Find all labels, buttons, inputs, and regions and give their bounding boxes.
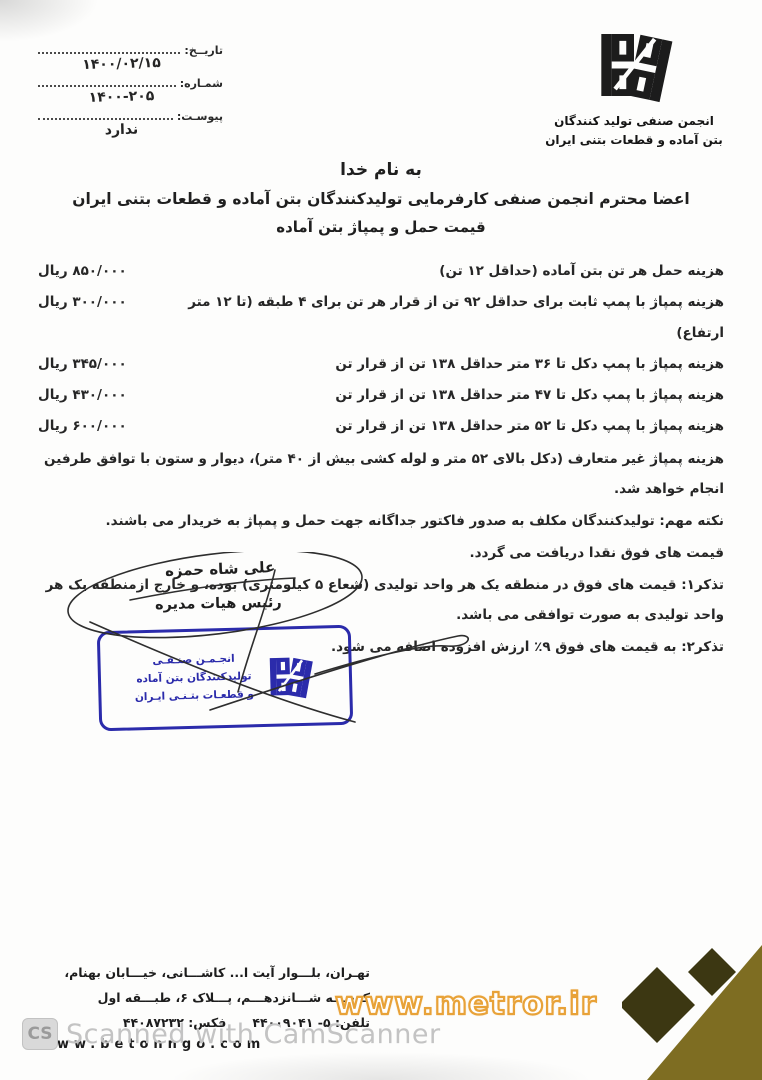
bismillah: به نام خدا: [0, 160, 762, 180]
address-line1: تهـران، بلـــوار آیت ا... کاشـــانی، خیـ…: [40, 960, 370, 985]
attachment-value: ندارد: [38, 120, 205, 140]
subject-line: قیمت حمل و پمپاژ بتن آماده: [0, 218, 762, 236]
association-stamp: انجـمـن صنـفـی تولیدکنندگان بتن آماده و …: [97, 625, 354, 732]
addressee-line: اعضا محترم انجمن صنفی کارفرمایی تولیدکنن…: [0, 190, 762, 208]
price-row: هزینه پمپاژ با پمپ ثابت برای حداقل ۹۲ تن…: [38, 287, 724, 349]
price-value: ۳۴۵/۰۰۰ ریال: [38, 349, 158, 380]
price-row: هزینه پمپاژ با پمپ دکل تا ۵۲ متر حداقل ۱…: [38, 411, 724, 442]
price-description: هزینه حمل هر تن بتن آماده (حداقل ۱۲ تن): [158, 256, 724, 287]
signatory-name: علی شاه حمزه: [165, 558, 276, 580]
metror-watermark: www.metror.ir: [335, 986, 597, 1022]
price-description: هزینه پمپاژ با پمپ دکل تا ۵۲ متر حداقل ۱…: [158, 411, 724, 442]
field-date: تاریــخ: ۱۴۰۰/۰۲/۱۵: [38, 42, 223, 72]
note-important-label: نکته مهم:: [659, 513, 724, 529]
price-description: هزینه پمپاژ با پمپ دکل تا ۴۷ متر حداقل ۱…: [158, 380, 724, 411]
stamp-text: انجـمـن صنـفـی تولیدکنندگان بتن آماده و …: [134, 650, 255, 707]
stamp-logo-icon: [263, 650, 316, 703]
camscanner-watermark: CS Scanned with CamScanner: [22, 1018, 441, 1050]
price-row: هزینه پمپاژ با پمپ دکل تا ۴۷ متر حداقل ۱…: [38, 380, 724, 411]
signatory-title: رئیس هیات مدیره: [155, 595, 282, 613]
price-row: هزینه پمپاژ با پمپ دکل تا ۳۶ متر حداقل ۱…: [38, 349, 724, 380]
price-value: ۳۰۰/۰۰۰ ریال: [38, 287, 158, 318]
org-name-line2: بتن آماده و قطعات بتنی ایران: [534, 131, 734, 150]
camscanner-badge-icon: CS: [22, 1018, 58, 1050]
stamp-line3: و قطعـات بتـنـی ایـران: [135, 686, 255, 707]
dotted-leader: [38, 42, 180, 54]
remark1-label: تذکر۱:: [681, 577, 724, 593]
org-name-line1: انجمن صنفی تولید کنندگان: [534, 112, 734, 131]
price-row: هزینه حمل هر تن بتن آماده (حداقل ۱۲ تن) …: [38, 256, 724, 287]
camscanner-text: Scanned with CamScanner: [66, 1019, 441, 1050]
note-unusual-pumping: هزینه پمپاژ غیر متعارف (دکل بالای ۵۲ متر…: [38, 444, 724, 504]
remark2-label: تذکر۲:: [681, 639, 724, 655]
price-value: ۸۵۰/۰۰۰ ریال: [38, 256, 158, 287]
signature-block: علی شاه حمزه رئیس هیات مدیره انجـمـن ص: [60, 552, 500, 752]
letterhead-fields: تاریــخ: ۱۴۰۰/۰۲/۱۵ شمـاره: ۱۴۰۰-۲۰۵ پیو…: [38, 42, 223, 141]
price-description: هزینه پمپاژ با پمپ ثابت برای حداقل ۹۲ تن…: [158, 287, 724, 349]
price-description: هزینه پمپاژ با پمپ دکل تا ۳۶ متر حداقل ۱…: [158, 349, 724, 380]
note-important-text: تولیدکنندگان مکلف به صدور فاکتور جداگانه…: [106, 513, 655, 529]
price-value: ۴۳۰/۰۰۰ ریال: [38, 380, 158, 411]
dotted-leader: [38, 108, 173, 120]
field-attachment: پیوسـت: ندارد: [38, 108, 223, 138]
address-line2: کوچـــه شـــانزدهـــم، پـــلاک ۶، طبـــق…: [40, 985, 370, 1010]
number-value: ۱۴۰۰-۲۰۵: [38, 87, 205, 107]
note-important: نکته مهم: تولیدکنندگان مکلف به صدور فاکت…: [38, 506, 724, 536]
dotted-leader: [38, 75, 176, 87]
corner-diamonds-art: [622, 910, 762, 1080]
association-letterhead: انجمن صنفی تولید کنندگان بتن آماده و قطع…: [534, 22, 734, 149]
date-value: ۱۴۰۰/۰۲/۱۵: [38, 54, 205, 74]
association-logo-icon: [591, 22, 677, 108]
field-number: شمـاره: ۱۴۰۰-۲۰۵: [38, 75, 223, 105]
price-value: ۶۰۰/۰۰۰ ریال: [38, 411, 158, 442]
title-block: به نام خدا اعضا محترم انجمن صنفی کارفرما…: [0, 160, 762, 236]
